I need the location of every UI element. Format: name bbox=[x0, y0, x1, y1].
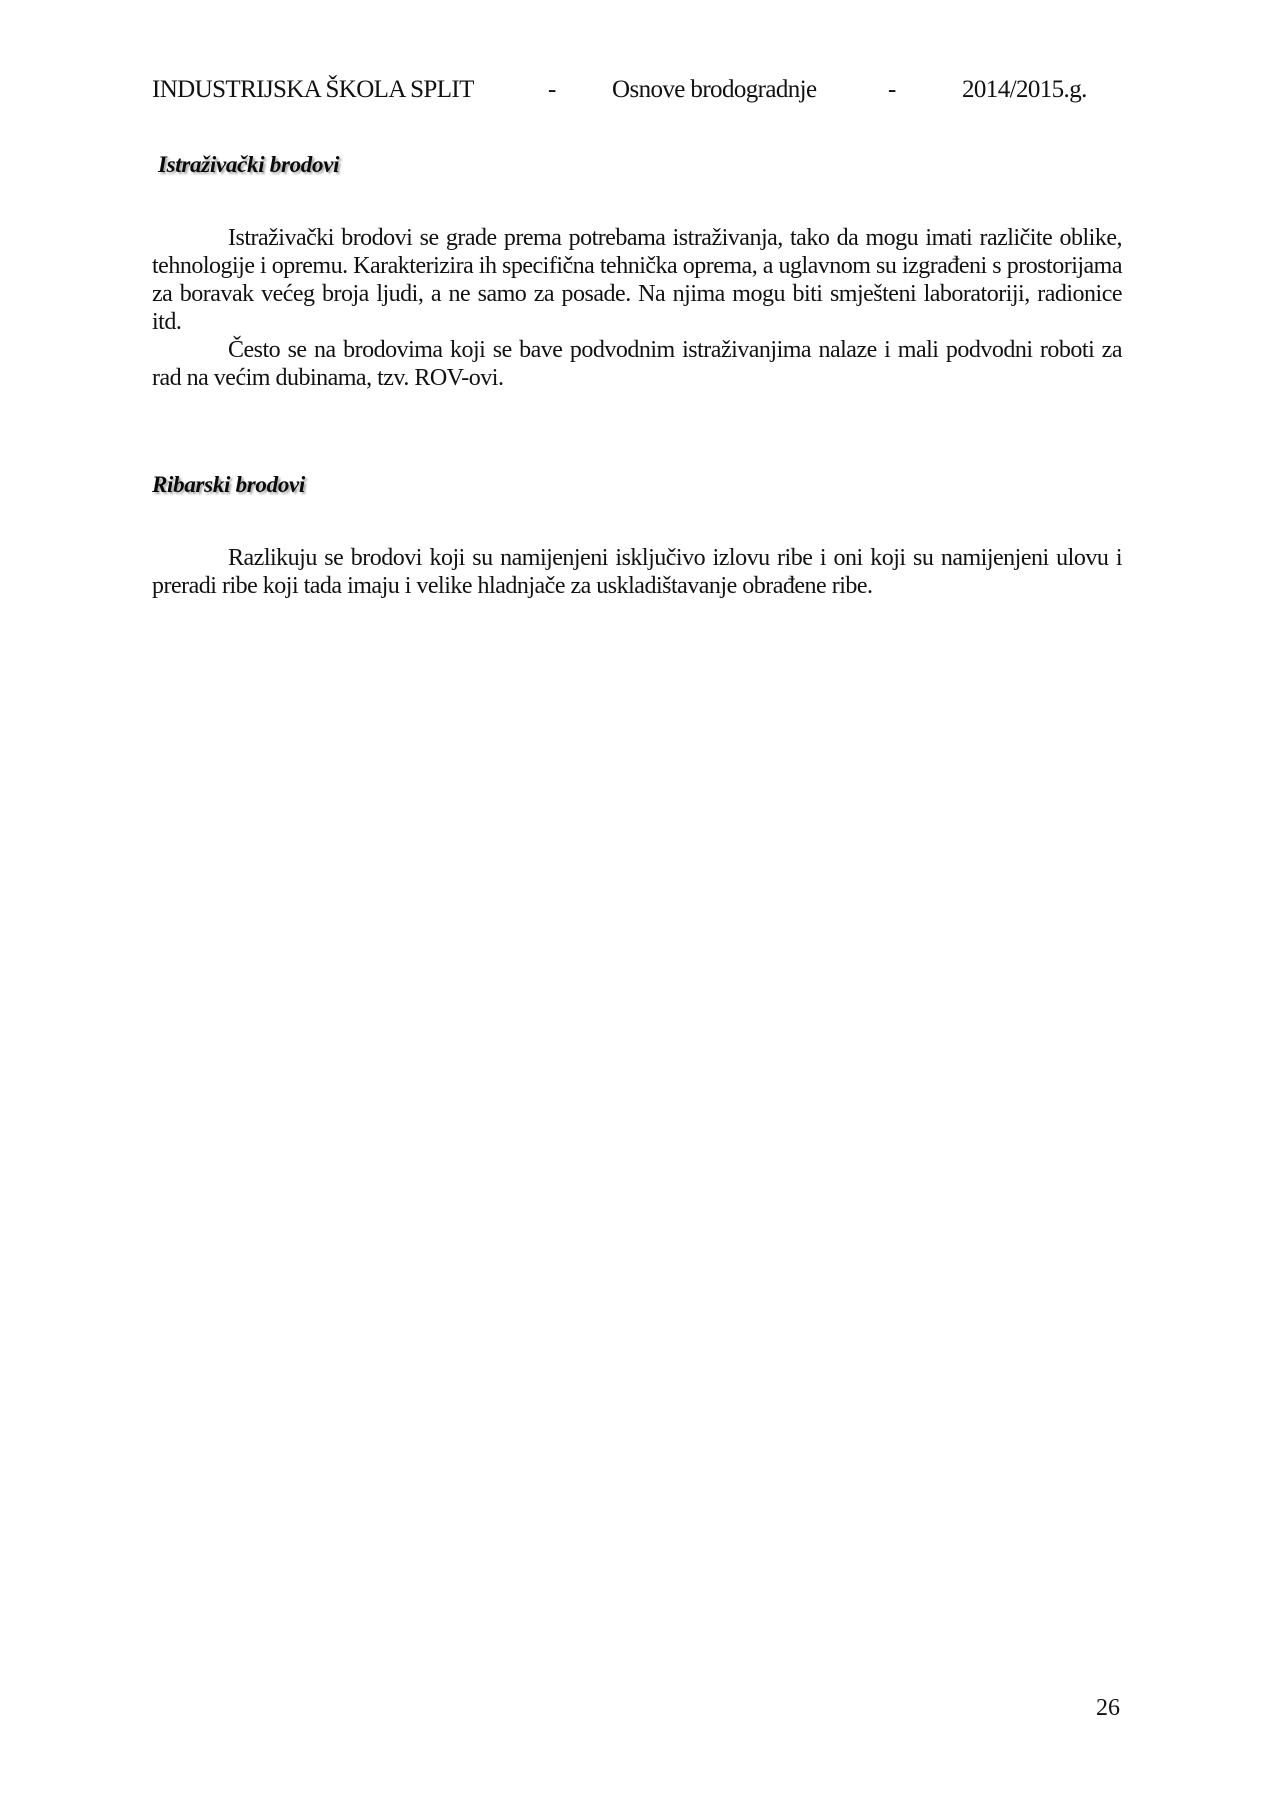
header-separator: - bbox=[888, 76, 896, 104]
header-subject: Osnove brodogradnje bbox=[612, 76, 817, 104]
header-separator: - bbox=[548, 76, 556, 104]
page-number: 26 bbox=[1096, 1694, 1120, 1722]
section-heading-fishing-ships: Ribarski brodovi bbox=[152, 471, 305, 499]
section-heading-research-ships: Istraživački brodovi bbox=[158, 151, 339, 179]
document-page: INDUSTRIJSKA ŠKOLA SPLIT - Osnove brodog… bbox=[0, 0, 1272, 1800]
header-school-year: 2014/2015.g. bbox=[962, 76, 1087, 104]
paragraph: Razlikuju se brodovi koji su namijenjeni… bbox=[152, 544, 1122, 600]
section-body-fishing-ships: Razlikuju se brodovi koji su namijenjeni… bbox=[152, 544, 1122, 600]
paragraph: Istraživački brodovi se grade prema potr… bbox=[152, 224, 1122, 336]
section-body-research-ships: Istraživački brodovi se grade prema potr… bbox=[152, 224, 1122, 392]
paragraph: Često se na brodovima koji se bave podvo… bbox=[152, 336, 1122, 392]
header-school-name: INDUSTRIJSKA ŠKOLA SPLIT bbox=[152, 76, 474, 104]
page-header: INDUSTRIJSKA ŠKOLA SPLIT - Osnove brodog… bbox=[152, 76, 1122, 104]
